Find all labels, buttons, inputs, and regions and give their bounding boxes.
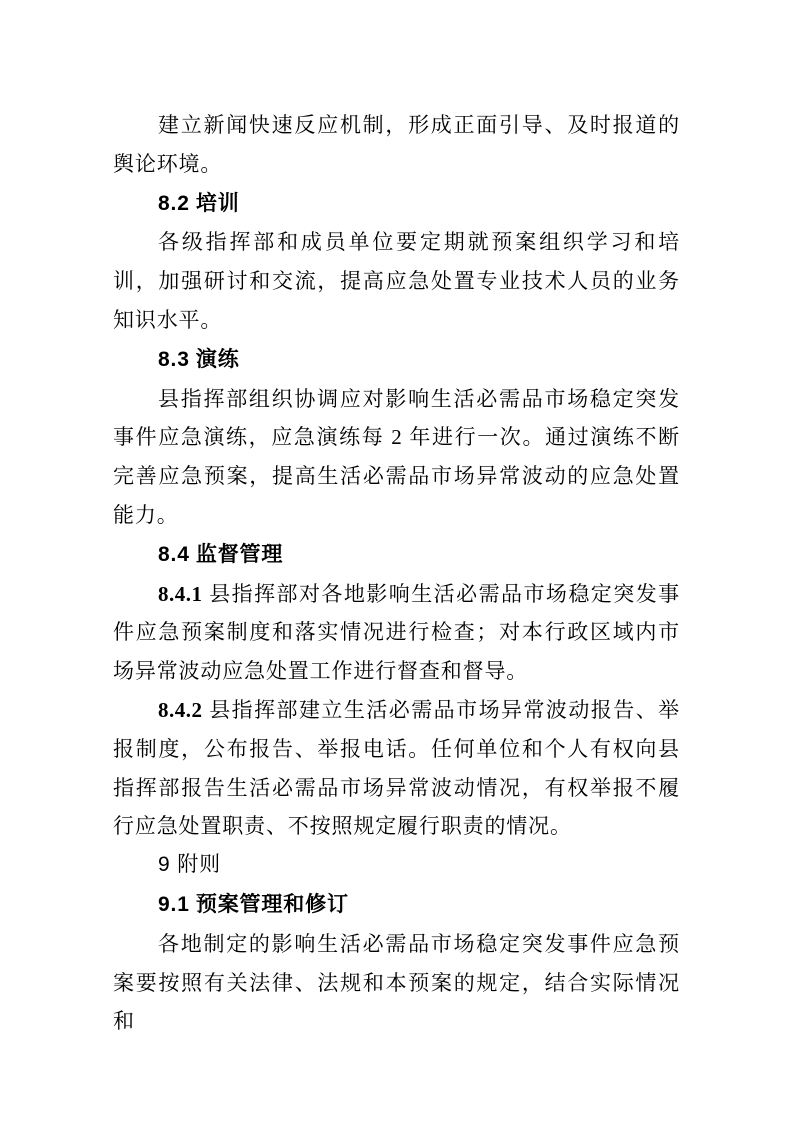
clause-number: 8.4.1	[158, 582, 203, 606]
heading-8-3-drill: 8.3 演练	[113, 340, 680, 380]
section-number: 8.4	[158, 543, 190, 566]
section-number: 9	[158, 853, 171, 876]
section-title-text: 预案管理和修订	[190, 892, 349, 916]
para-plan-revision: 各地制定的影响生活必需品市场稳定突发事件应急预案要按照有关法律、法规和本预案的规…	[113, 925, 680, 1041]
heading-9-appendix: 9 附则	[113, 846, 680, 885]
section-title-text: 培训	[190, 191, 240, 215]
para-drill: 县指挥部组织协调应对影响生活必需品市场稳定突发事件应急演练，应急演练每 2 年进…	[113, 380, 680, 535]
document-page: 建立新闻快速反应机制，形成正面引导、及时报道的舆论环境。8.2 培训各级指挥部和…	[0, 0, 793, 1122]
clause-number: 8.4.2	[158, 698, 203, 722]
document-content: 建立新闻快速反应机制，形成正面引导、及时报道的舆论环境。8.2 培训各级指挥部和…	[113, 106, 680, 1041]
para-training: 各级指挥部和成员单位要定期就预案组织学习和培训，加强研讨和交流，提高应急处置专业…	[113, 223, 680, 339]
section-title-text: 附则	[171, 853, 221, 876]
para-8-4-1-inspection: 8.4.1 县指挥部对各地影响生活必需品市场稳定突发事件应急预案制度和落实情况进…	[113, 575, 680, 691]
heading-8-4-supervision: 8.4 监督管理	[113, 535, 680, 575]
section-number: 9.1	[158, 893, 190, 916]
para-8-4-2-reporting: 8.4.2 县指挥部建立生活必需品市场异常波动报告、举报制度，公布报告、举报电话…	[113, 691, 680, 846]
section-number: 8.3	[158, 348, 190, 371]
heading-9-1-plan-management: 9.1 预案管理和修订	[113, 885, 680, 925]
section-title-text: 监督管理	[190, 542, 284, 566]
section-title-text: 演练	[190, 347, 240, 371]
para-public-opinion: 建立新闻快速反应机制，形成正面引导、及时报道的舆论环境。	[113, 106, 680, 184]
section-number: 8.2	[158, 192, 190, 215]
heading-8-2-training: 8.2 培训	[113, 184, 680, 224]
